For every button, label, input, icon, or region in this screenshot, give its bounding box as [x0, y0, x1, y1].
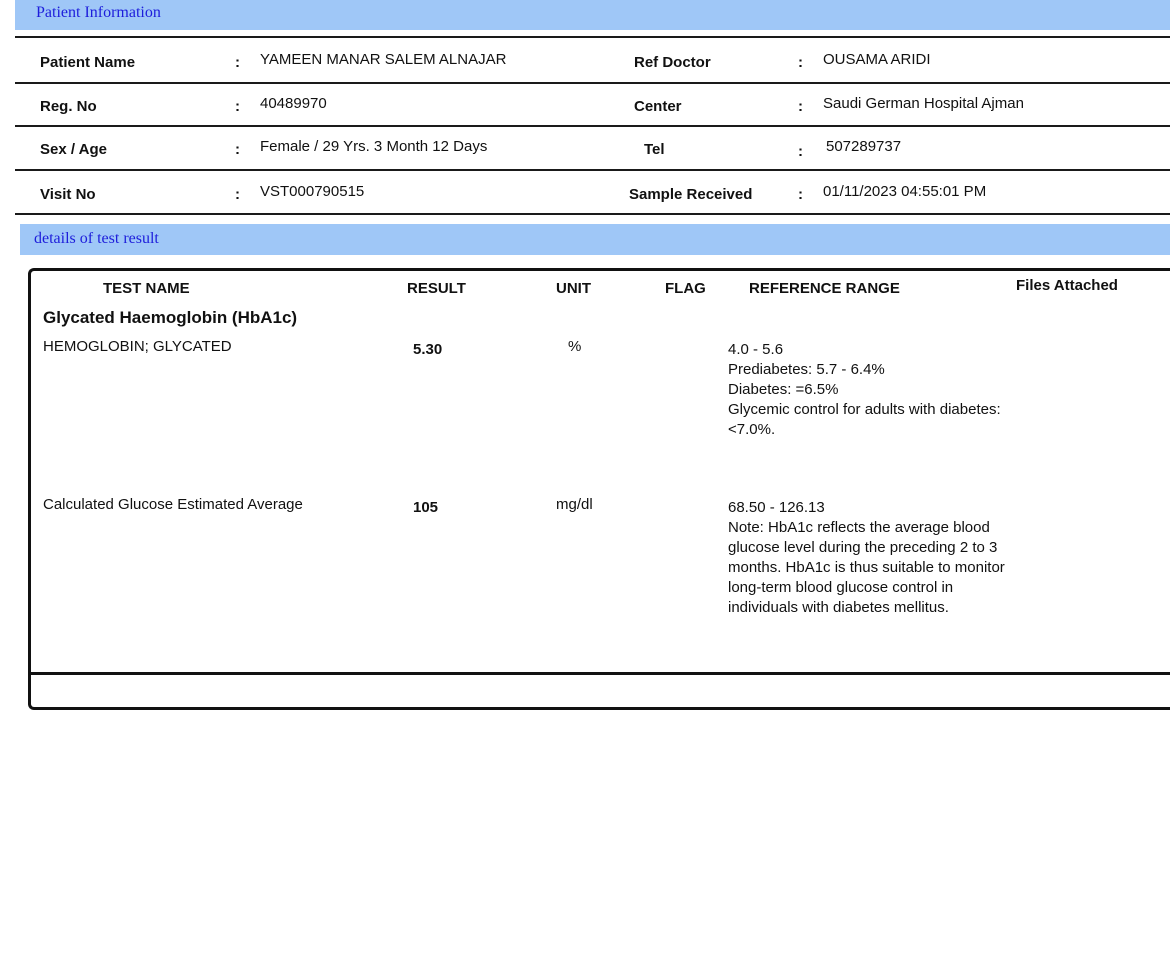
reference-line: 68.50 - 126.13 — [728, 498, 1005, 518]
tel-value: 507289737 — [826, 138, 901, 155]
ref-doctor-value: OUSAMA ARIDI — [823, 51, 931, 68]
results-table — [28, 268, 1170, 710]
separator: : — [235, 141, 240, 158]
test-group-title: Glycated Haemoglobin (HbA1c) — [43, 308, 297, 328]
tel-label: Tel — [644, 141, 665, 158]
column-header-unit: UNIT — [556, 280, 591, 297]
separator: : — [235, 98, 240, 115]
patient-info-row: Reg. No : 40489970 Center : Saudi German… — [15, 82, 1170, 126]
reg-no-label: Reg. No — [40, 98, 97, 115]
reference-line: Note: HbA1c reflects the average blood — [728, 518, 1005, 538]
patient-info-row: Visit No : VST000790515 Sample Received … — [15, 170, 1170, 214]
reference-range: 68.50 - 126.13 Note: HbA1c reflects the … — [728, 498, 1005, 618]
reference-line: <7.0%. — [728, 420, 1001, 440]
reference-line: long-term blood glucose control in — [728, 578, 1005, 598]
column-header-test-name: TEST NAME — [103, 280, 190, 297]
visit-no-value: VST000790515 — [260, 183, 364, 200]
reference-line: Prediabetes: 5.7 - 6.4% — [728, 360, 1001, 380]
test-result: 5.30 — [413, 340, 442, 360]
patient-name-value: YAMEEN MANAR SALEM ALNAJAR — [260, 51, 506, 68]
sample-received-value: 01/11/2023 04:55:01 PM — [823, 183, 986, 200]
reference-line: glucose level during the preceding 2 to … — [728, 538, 1005, 558]
column-header-files-attached: Files Attached — [1016, 277, 1118, 294]
column-header-flag: FLAG — [665, 280, 706, 297]
patient-info-row: Sex / Age : Female / 29 Yrs. 3 Month 12 … — [15, 125, 1170, 169]
separator: : — [798, 143, 803, 160]
results-footer-divider — [28, 672, 1170, 675]
separator: : — [798, 98, 803, 115]
sex-age-label: Sex / Age — [40, 141, 107, 158]
reference-line: months. HbA1c is thus suitable to monito… — [728, 558, 1005, 578]
test-unit: mg/dl — [556, 495, 593, 515]
separator: : — [798, 186, 803, 203]
center-label: Center — [634, 98, 682, 115]
test-unit: % — [568, 337, 581, 357]
sample-received-label: Sample Received — [629, 186, 752, 203]
reference-range: 4.0 - 5.6 Prediabetes: 5.7 - 6.4% Diabet… — [728, 340, 1001, 440]
sex-age-value: Female / 29 Yrs. 3 Month 12 Days — [260, 138, 487, 155]
test-details-header: details of test result — [20, 224, 1170, 255]
divider — [15, 213, 1170, 215]
test-name: HEMOGLOBIN; GLYCATED — [43, 337, 232, 357]
separator: : — [235, 54, 240, 71]
patient-information-title: Patient Information — [36, 4, 161, 22]
patient-info-row: Patient Name : YAMEEN MANAR SALEM ALNAJA… — [15, 38, 1170, 82]
separator: : — [235, 186, 240, 203]
separator: : — [798, 54, 803, 71]
test-name: Calculated Glucose Estimated Average — [43, 495, 303, 515]
reference-line: 4.0 - 5.6 — [728, 340, 1001, 360]
center-value: Saudi German Hospital Ajman — [823, 95, 1024, 112]
reference-line: individuals with diabetes mellitus. — [728, 598, 1005, 618]
reference-line: Diabetes: =6.5% — [728, 380, 1001, 400]
test-details-title: details of test result — [34, 230, 159, 248]
reg-no-value: 40489970 — [260, 95, 327, 112]
patient-name-label: Patient Name — [40, 54, 135, 71]
visit-no-label: Visit No — [40, 186, 96, 203]
patient-information-header: Patient Information — [15, 0, 1170, 30]
column-header-reference-range: REFERENCE RANGE — [749, 280, 900, 297]
reference-line: Glycemic control for adults with diabete… — [728, 400, 1001, 420]
test-result: 105 — [413, 498, 438, 518]
column-header-result: RESULT — [407, 280, 466, 297]
ref-doctor-label: Ref Doctor — [634, 54, 711, 71]
